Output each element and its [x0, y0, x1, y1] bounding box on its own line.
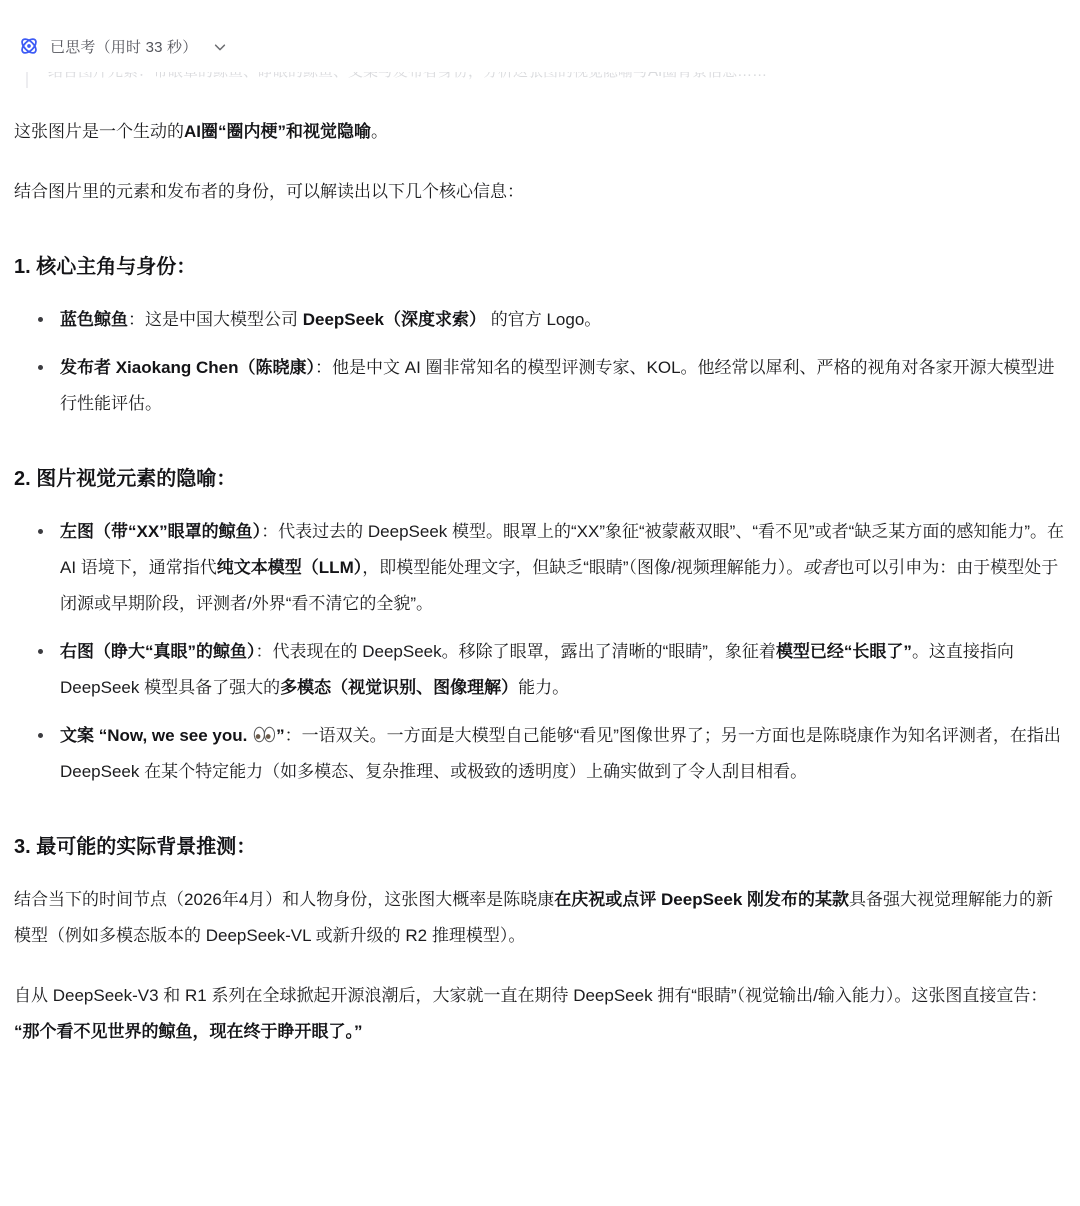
- text-run: 左图（带“XX”眼罩的鲸鱼）: [60, 522, 261, 541]
- text-run: 自从 DeepSeek-V3 和 R1 系列在全球掀起开源浪潮后，大家就一直在期…: [14, 986, 1047, 1005]
- thinking-preview-text: 结合图片元素：带眼罩的鲸鱼、睁眼的鲸鱼、文案与发布者身份，分析这张图的视觉隐喻与…: [48, 72, 1066, 87]
- paragraph: 结合当下的时间节点（2026年4月）和人物身份，这张图大概率是陈晓康在庆祝或点评…: [14, 882, 1066, 954]
- text-run: 右图（睁大“真眼”的鲸鱼）: [60, 642, 256, 661]
- list-item: 发布者 Xiaokang Chen（陈晓康）：他是中文 AI 圈非常知名的模型评…: [60, 350, 1066, 422]
- thinking-preview-clipped: 结合图片元素：带眼罩的鲸鱼、睁眼的鲸鱼、文案与发布者身份，分析这张图的视觉隐喻与…: [26, 72, 1066, 88]
- bullet-list: 左图（带“XX”眼罩的鲸鱼）：代表过去的 DeepSeek 模型。眼罩上的“XX…: [14, 514, 1066, 790]
- chat-response-page: 已思考（用时 33 秒） 结合图片元素：带眼罩的鲸鱼、睁眼的鲸鱼、文案与发布者身…: [0, 0, 1080, 1114]
- text-run: 的官方 Logo。: [486, 310, 601, 329]
- text-run: 能力。: [518, 678, 569, 697]
- text-run: ：这是中国大模型公司: [128, 310, 303, 329]
- text-run: DeepSeek（深度求索）: [303, 310, 486, 329]
- text-run: 发布者 Xiaokang Chen（陈晓康）: [60, 358, 315, 377]
- text-run: 模型已经“长眼了”: [776, 642, 912, 661]
- text-run: 结合图片里的元素和发布者的身份，可以解读出以下几个核心信息：: [14, 182, 524, 201]
- text-run: 在庆祝或点评 DeepSeek 刚发布的某款: [554, 890, 849, 909]
- list-item: 左图（带“XX”眼罩的鲸鱼）：代表过去的 DeepSeek 模型。眼罩上的“XX…: [60, 514, 1066, 622]
- text-run: 。: [371, 122, 388, 141]
- section-heading: 1. 核心主角与身份：: [14, 252, 1066, 282]
- section-heading: 3. 最可能的实际背景推测：: [14, 832, 1066, 862]
- thinking-toggle[interactable]: 已思考（用时 33 秒）: [14, 30, 1066, 62]
- bullet-list: 蓝色鲸鱼：这是中国大模型公司 DeepSeek（深度求索） 的官方 Logo。发…: [14, 302, 1066, 422]
- text-run: 结合当下的时间节点（2026年4月）和人物身份，这张图大概率是陈晓康: [14, 890, 554, 909]
- message-content: 这张图片是一个生动的AI圈“圈内梗”和视觉隐喻。结合图片里的元素和发布者的身份，…: [14, 114, 1066, 1050]
- section-heading: 2. 图片视觉元素的隐喻：: [14, 464, 1066, 494]
- paragraph: 结合图片里的元素和发布者的身份，可以解读出以下几个核心信息：: [14, 174, 1066, 210]
- paragraph: 自从 DeepSeek-V3 和 R1 系列在全球掀起开源浪潮后，大家就一直在期…: [14, 978, 1066, 1050]
- paragraph: 这张图片是一个生动的AI圈“圈内梗”和视觉隐喻。: [14, 114, 1066, 150]
- text-run: “那个看不见世界的鲸鱼，现在终于睁开眼了。”: [14, 1022, 363, 1041]
- list-item: 蓝色鲸鱼：这是中国大模型公司 DeepSeek（深度求索） 的官方 Logo。: [60, 302, 1066, 338]
- text-run: 1. 核心主角与身份：: [14, 256, 196, 278]
- text-run: ，即模型能处理文字，但缺乏“眼睛”（图像/视频理解能力）。: [362, 558, 803, 577]
- text-run: 2. 图片视觉元素的隐喻：: [14, 468, 236, 490]
- text-run: 文案 “Now, we see you.: [60, 726, 252, 745]
- text-run: 这张图片是一个生动的: [14, 122, 184, 141]
- thinking-status-label: 已思考（用时 33 秒）: [50, 36, 197, 57]
- text-run: 3. 最可能的实际背景推测：: [14, 836, 256, 858]
- text-run: ：代表现在的 DeepSeek。移除了眼罩，露出了清晰的“眼睛”，象征着: [256, 642, 776, 661]
- text-run: 多模态（视觉识别、图像理解）: [280, 678, 518, 697]
- text-run: AI圈“圈内梗”和视觉隐喻: [184, 122, 371, 141]
- text-run: 或者: [803, 558, 837, 577]
- text-run: [252, 726, 276, 745]
- text-run: ”: [276, 726, 285, 745]
- text-run: 蓝色鲸鱼: [60, 310, 128, 329]
- text-run: 纯文本模型（LLM）: [217, 558, 362, 577]
- chevron-down-icon[interactable]: [213, 40, 227, 54]
- eyes-emoji: [253, 726, 275, 743]
- atom-icon: [18, 35, 40, 57]
- list-item: 文案 “Now, we see you. ”：一语双关。一方面是大模型自己能够“…: [60, 718, 1066, 790]
- list-item: 右图（睁大“真眼”的鲸鱼）：代表现在的 DeepSeek。移除了眼罩，露出了清晰…: [60, 634, 1066, 706]
